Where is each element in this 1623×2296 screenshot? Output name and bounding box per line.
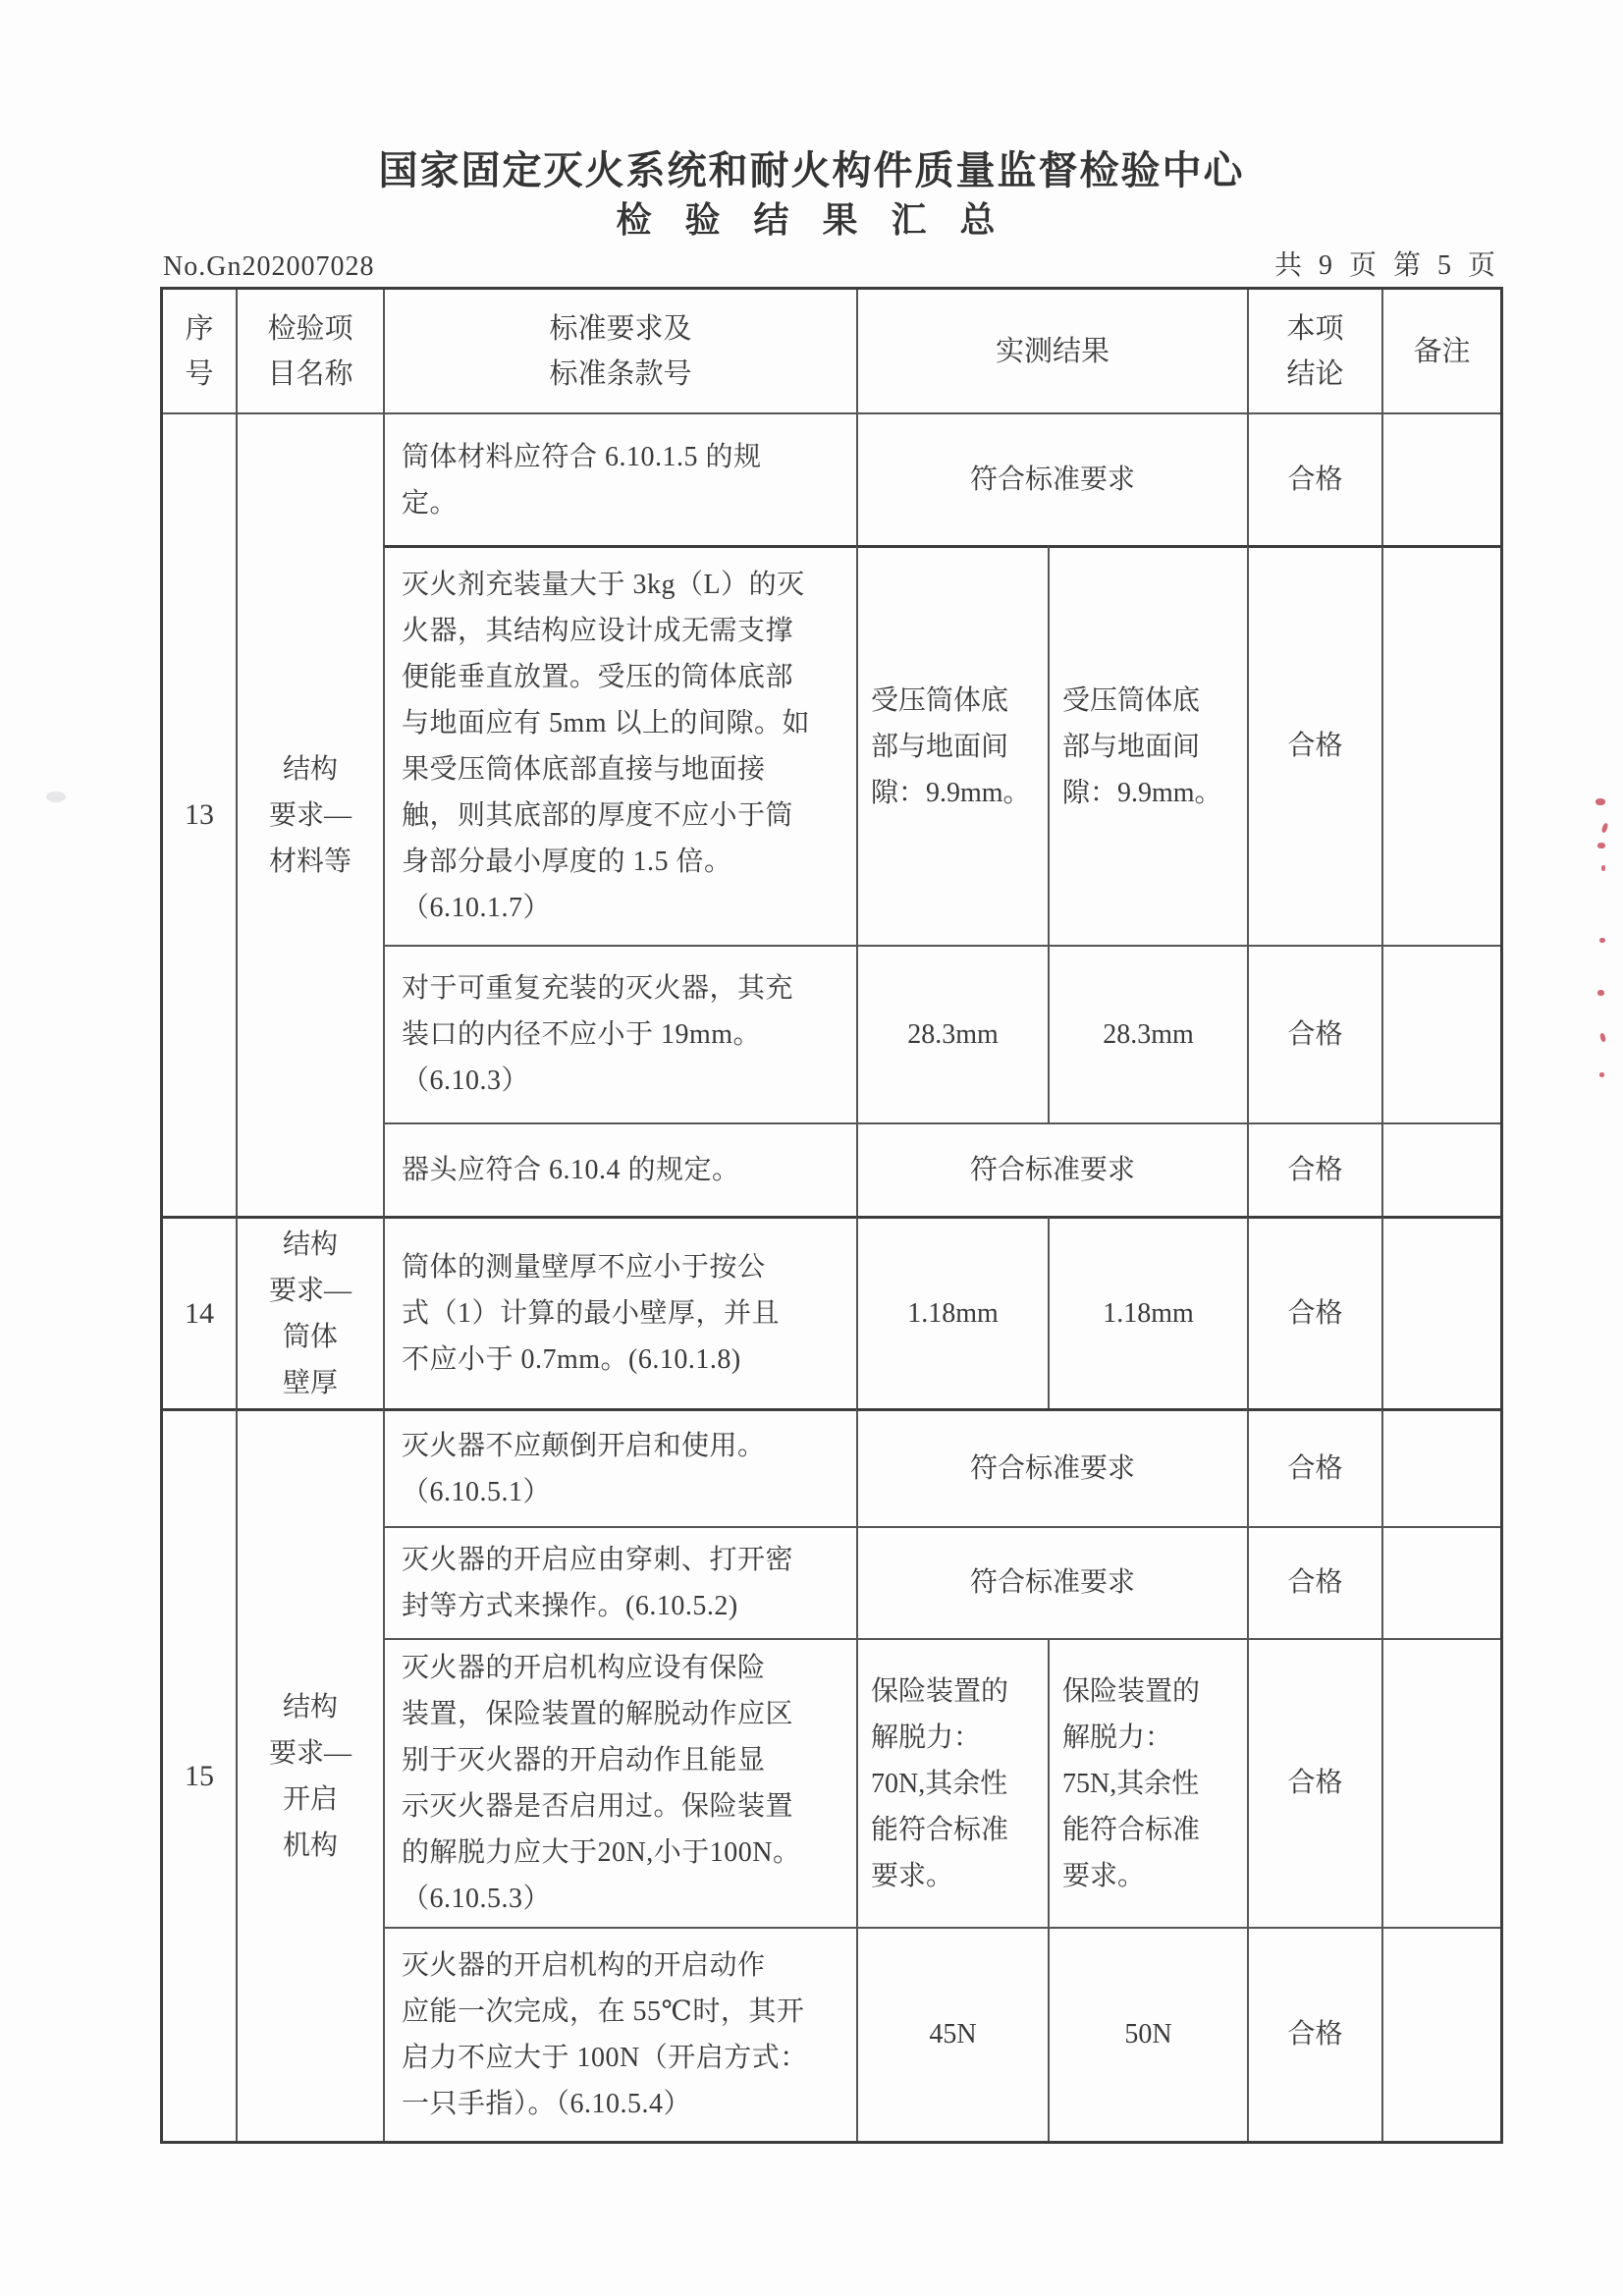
row15-sub3-result-sample2: 保险装置的 解脱力： 75N,其余性 能符合标准 要求。 — [1048, 1638, 1247, 1927]
row15-sub2-conclusion: 合格 — [1247, 1526, 1381, 1638]
red-scan-mark — [1601, 865, 1605, 871]
row15-sub4-remark — [1381, 1927, 1500, 2141]
row13-seq: 13 — [163, 412, 236, 1216]
row13-sub2-result-sample2: 受压筒体底 部与地面间 隙：9.9mm。 — [1048, 545, 1247, 945]
row15-sub1-conclusion: 合格 — [1247, 1408, 1381, 1526]
row15-sub2-remark — [1381, 1526, 1500, 1638]
document-subtitle: 检 验 结 果 汇 总 — [0, 192, 1623, 243]
row14-result-sample2: 1.18mm — [1048, 1216, 1247, 1408]
red-scan-mark — [1597, 843, 1605, 848]
page-number-info: 共 9 页 第 5 页 — [1274, 244, 1500, 283]
row14-remark — [1381, 1216, 1500, 1408]
document-title: 国家固定灭火系统和耐火构件质量监督检验中心 — [0, 139, 1623, 195]
red-scan-mark — [1596, 798, 1605, 805]
red-scan-mark — [1599, 1033, 1606, 1043]
row13-sub4-remark — [1381, 1122, 1500, 1216]
row13-sub3-result-sample1: 28.3mm — [856, 945, 1048, 1122]
row13-sub4-conclusion: 合格 — [1247, 1122, 1381, 1216]
row13-item-name: 结构 要求— 材料等 — [236, 412, 383, 1216]
header-measured-result: 实测结果 — [856, 290, 1247, 412]
row13-sub1-remark — [1381, 412, 1500, 545]
meta-line: No.Gn202007028 共 9 页 第 5 页 — [163, 242, 1500, 283]
row13-sub2-remark — [1381, 545, 1500, 945]
row15-sub1-result: 符合标准要求 — [856, 1408, 1247, 1526]
row13-sub2-result-sample1: 受压筒体底 部与地面间 隙：9.9mm。 — [856, 545, 1048, 945]
row15-sub4-result-sample1: 45N — [856, 1927, 1048, 2141]
header-seq: 序 号 — [163, 290, 236, 412]
red-scan-mark — [1599, 1072, 1604, 1077]
row15-sub3-result-sample1: 保险装置的 解脱力： 70N,其余性 能符合标准 要求。 — [856, 1638, 1048, 1927]
scanned-document-page: 国家固定灭火系统和耐火构件质量监督检验中心 检 验 结 果 汇 总 No.Gn2… — [0, 0, 1623, 2296]
row13-sub2-conclusion: 合格 — [1247, 545, 1381, 945]
row14-seq: 14 — [163, 1216, 236, 1408]
row15-sub1-remark — [1381, 1408, 1500, 1526]
row13-sub3-conclusion: 合格 — [1247, 945, 1381, 1122]
header-item-name: 检验项 目名称 — [236, 290, 383, 412]
gray-scan-smudge — [46, 792, 66, 802]
header-standard: 标准要求及 标准条款号 — [383, 290, 856, 412]
red-scan-mark — [1600, 822, 1608, 833]
inspection-results-table: 序 号 检验项 目名称 标准要求及 标准条款号 实测结果 本项 结论 备注 13… — [160, 287, 1503, 2144]
header-remark: 备注 — [1381, 290, 1500, 412]
row15-sub3-conclusion: 合格 — [1247, 1638, 1381, 1927]
red-scan-mark — [1599, 938, 1605, 943]
row13-sub4-requirement: 器头应符合 6.10.4 的规定。 — [383, 1122, 856, 1216]
row13-sub3-remark — [1381, 945, 1500, 1122]
row13-sub1-requirement: 筒体材料应符合 6.10.1.5 的规 定。 — [383, 412, 856, 545]
row15-sub3-requirement: 灭火器的开启机构应设有保险 装置，保险装置的解脱动作应区 别于灭火器的开启动作且… — [383, 1638, 856, 1927]
row15-item-name: 结构 要求— 开启 机构 — [236, 1408, 383, 2141]
row13-sub3-result-sample2: 28.3mm — [1048, 945, 1247, 1122]
row15-sub4-result-sample2: 50N — [1048, 1927, 1247, 2141]
row14-result-sample1: 1.18mm — [856, 1216, 1048, 1408]
row15-seq: 15 — [163, 1408, 236, 2141]
row14-conclusion: 合格 — [1247, 1216, 1381, 1408]
row15-sub2-result: 符合标准要求 — [856, 1526, 1247, 1638]
red-scan-mark — [1597, 990, 1604, 996]
row15-sub4-conclusion: 合格 — [1247, 1927, 1381, 2141]
row13-sub3-requirement: 对于可重复充装的灭火器，其充 装口的内径不应小于 19mm。 （6.10.3） — [383, 945, 856, 1122]
row13-sub2-requirement: 灭火剂充装量大于 3kg（L）的灭 火器，其结构应设计成无需支撑 便能垂直放置。… — [383, 545, 856, 945]
row14-requirement: 筒体的测量壁厚不应小于按公 式（1）计算的最小壁厚，并且 不应小于 0.7mm。… — [383, 1216, 856, 1408]
row13-sub4-result: 符合标准要求 — [856, 1122, 1247, 1216]
row13-sub1-result: 符合标准要求 — [856, 412, 1247, 545]
report-number: No.Gn202007028 — [163, 251, 374, 283]
row13-sub1-conclusion: 合格 — [1247, 412, 1381, 545]
row15-sub2-requirement: 灭火器的开启应由穿刺、打开密 封等方式来操作。(6.10.5.2) — [383, 1526, 856, 1638]
row15-sub1-requirement: 灭火器不应颠倒开启和使用。 （6.10.5.1） — [383, 1408, 856, 1526]
row15-sub3-remark — [1381, 1638, 1500, 1927]
header-conclusion: 本项 结论 — [1247, 290, 1381, 412]
row15-sub4-requirement: 灭火器的开启机构的开启动作 应能一次完成，在 55℃时，其开 启力不应大于 10… — [383, 1927, 856, 2141]
row14-item-name: 结构 要求— 筒体 壁厚 — [236, 1216, 383, 1408]
